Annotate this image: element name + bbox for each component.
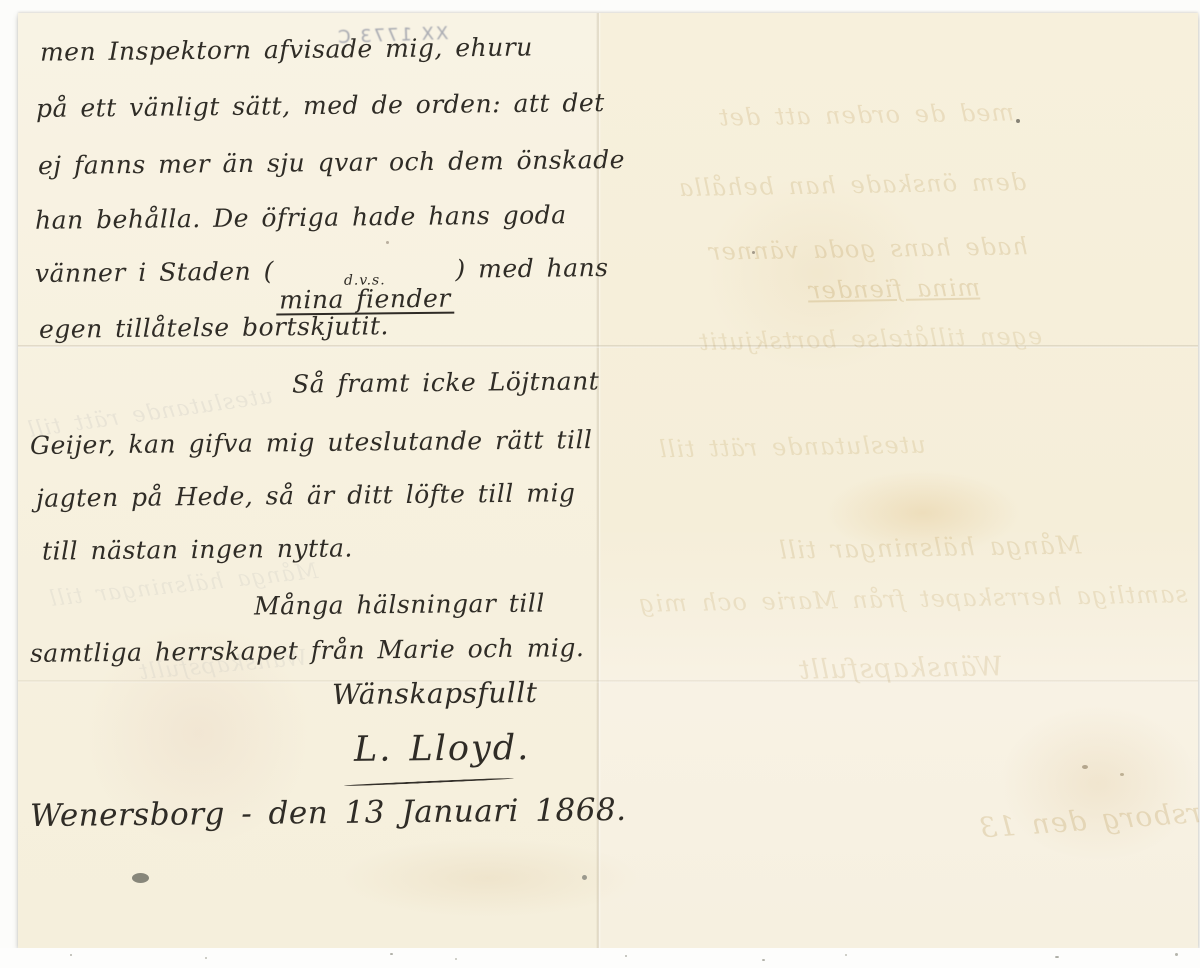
letter-line-parenthetical: vänner i Staden (d.v.s.mina fiender) med… xyxy=(35,253,609,318)
bleedthrough-text: Wänskapsfullt xyxy=(798,651,1003,686)
bleedthrough-text: Många hälsningar till xyxy=(778,530,1082,564)
dust-speck xyxy=(845,954,847,956)
bleedthrough-text: med de orden att det xyxy=(718,98,1015,131)
ink-speck xyxy=(752,251,755,254)
parenthetical-stack: d.v.s.mina fiender xyxy=(276,274,454,316)
letter-line: han behålla. De öfriga hade hans goda xyxy=(35,200,567,235)
dust-speck xyxy=(205,957,207,959)
letter-line: jagten på Hede, så är ditt löfte till mi… xyxy=(36,478,576,513)
letter-closing: Wänskapsfullt xyxy=(332,676,538,711)
letter-line: ej fanns mer än sju qvar och dem önskade xyxy=(38,145,625,180)
letter-line: Många hälsningar till xyxy=(254,588,545,620)
dust-speck xyxy=(1055,956,1059,958)
letter-line: egen tillåtelse bortskjutit. xyxy=(39,311,389,344)
scanner-background-strip xyxy=(0,948,1200,968)
ink-speck xyxy=(582,875,587,880)
bleedthrough-text: uteslutande rätt till xyxy=(658,431,926,464)
letter-line: men Inspektorn afvisade mig, ehuru xyxy=(40,32,533,66)
signature-underline xyxy=(344,777,514,786)
ink-speck xyxy=(386,241,389,244)
ink-speck xyxy=(1082,765,1088,769)
ink-speck xyxy=(132,873,149,883)
ink-speck xyxy=(1120,773,1124,776)
dust-speck xyxy=(762,959,765,961)
bleedthrough-text: hade hans goda vänner xyxy=(708,232,1028,266)
parenthetical-post: ) med hans xyxy=(455,253,608,284)
bleedthrough-text: mina fiender xyxy=(808,274,981,305)
dust-speck xyxy=(455,958,457,960)
dust-speck xyxy=(1175,953,1178,956)
parenthetical-pre: vänner i Staden ( xyxy=(35,257,274,289)
letter-scan: XX 1773 C men Inspektorn afvisade mig, e… xyxy=(0,0,1200,968)
dust-speck xyxy=(625,955,627,957)
dust-speck xyxy=(70,954,72,956)
bleedthrough-text: egen tillåtelse bortskjutit xyxy=(698,322,1043,356)
letter-signature: L. Lloyd. xyxy=(354,728,531,770)
letter-sheet: XX 1773 C men Inspektorn afvisade mig, e… xyxy=(18,13,1198,948)
dust-speck xyxy=(390,953,393,955)
letter-line: Så framt icke Löjtnant xyxy=(292,366,600,398)
letter-dateline: Wenersborg - den 13 Januari 1868. xyxy=(30,792,627,834)
letter-line: på ett vänligt sätt, med de orden: att d… xyxy=(36,88,605,123)
ink-speck xyxy=(1016,119,1020,123)
paper-stain xyxy=(38,573,358,893)
